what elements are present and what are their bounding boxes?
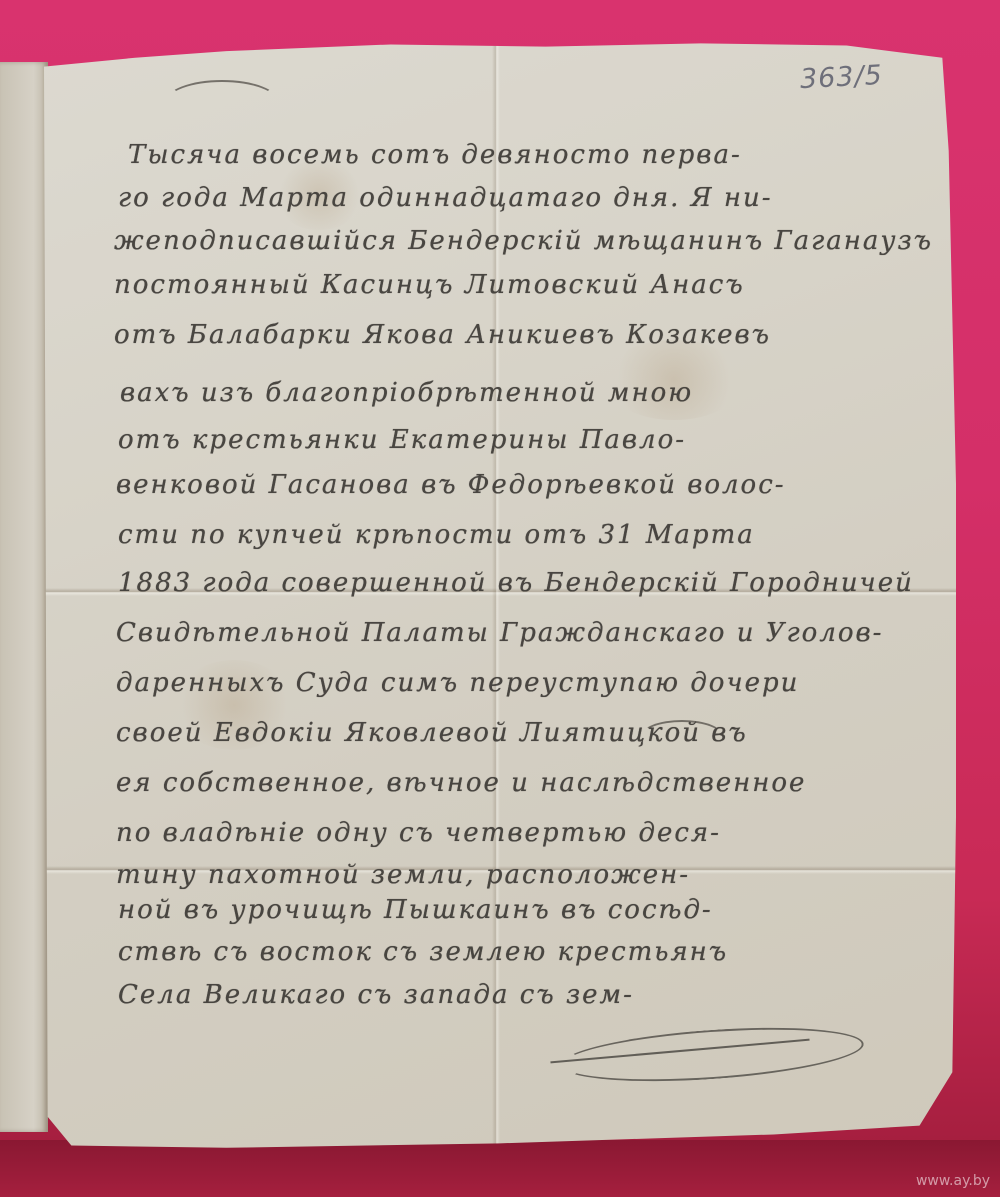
handwritten-line: Села Великаго съ запада съ зем-: [118, 980, 1000, 1020]
handwritten-line: венковой Гасанова въ Федорѣевкой волос-: [116, 470, 1000, 510]
handwritten-line: отъ Балабарки Якова Аникиевъ Козакевъ: [114, 320, 1000, 360]
background-surface: [0, 1140, 1000, 1197]
ink-flourish: [640, 720, 724, 754]
handwritten-line: своей Евдокіи Яковлевой Лиятицкой въ: [116, 718, 1000, 758]
handwritten-line: ной въ урочищѣ Пышкаинъ въ сосѣд-: [118, 895, 1000, 935]
handwritten-line: жеподписавшійся Бендерскій мѣщанинъ Гага…: [114, 226, 1000, 266]
handwritten-line: Свидѣтельной Палаты Гражданскаго и Уголо…: [116, 618, 1000, 658]
handwritten-line: ея собственное, вѣчное и наслѣдственное: [116, 768, 1000, 808]
archive-number: 363/5: [799, 60, 883, 95]
handwritten-line: сти по купчей крѣпости отъ 31 Марта: [118, 520, 1000, 560]
ink-flourish: [165, 80, 279, 124]
handwritten-line: по владѣніе одну съ четвертью деся-: [116, 818, 1000, 858]
folded-page-flap: [0, 62, 48, 1132]
handwritten-line: вахъ изъ благопріобрѣтенной мною: [120, 378, 1000, 418]
handwritten-line: го года Марта одиннадцатаго дня. Я ни-: [118, 183, 1000, 223]
handwritten-line: даренныхъ Суда симъ переуступаю дочери: [116, 668, 1000, 708]
watermark: www.ay.by: [916, 1173, 990, 1189]
handwritten-line: постоянный Касинцъ Литовский Анасъ: [114, 270, 1000, 310]
handwritten-line: тину пахотной земли, расположен-: [116, 860, 1000, 900]
handwritten-line: Тысяча восемь сотъ девяносто первa-: [128, 140, 1000, 180]
handwritten-line: ствѣ съ восток съ землею крестьянъ: [118, 937, 1000, 977]
handwritten-line: 1883 года совершенной въ Бендерскій Горо…: [118, 568, 1000, 608]
handwritten-line: отъ крестьянки Екатерины Павло-: [118, 425, 1000, 465]
